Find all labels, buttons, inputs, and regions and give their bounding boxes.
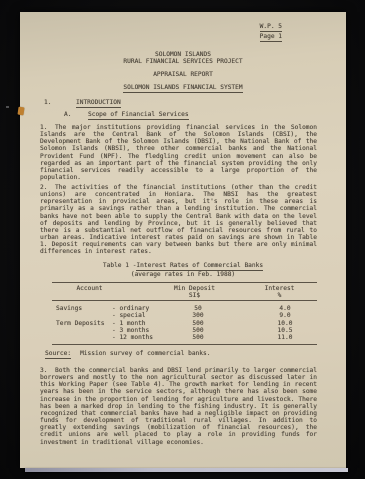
document-masthead: SOLOMON ISLANDS RURAL FINANCIAL SERVICES… <box>20 51 346 93</box>
page-number: Page 1 <box>260 33 282 42</box>
paragraph-2: 2.The activities of the financial instit… <box>40 184 317 256</box>
section-heading: 1.INTRODUCTION <box>44 99 121 106</box>
working-paper-number: W.P. 5 <box>260 23 282 32</box>
project-title: RURAL FINANCIAL SERVICES PROJECT <box>20 58 346 65</box>
interest-rates-table: Account Min Deposit SI$ Interest % Savin… <box>52 282 317 345</box>
table-body: Savings- ordinary504.0 - special3009.0 T… <box>52 301 317 341</box>
subsection-letter: A. <box>64 111 88 118</box>
table-title-prefix: Table 1 - <box>103 262 137 269</box>
paragraph-3: 3.Both the commercial banks and DBSI len… <box>40 367 317 446</box>
table-title-text: Interest Rates of Commercial Banks <box>136 262 263 271</box>
document-title: SOLOMON ISLANDS FINANCIAL SYSTEM <box>20 84 346 93</box>
working-paper-reference: W.P. 5 Page 1 <box>260 23 282 43</box>
section-title: INTRODUCTION <box>76 99 121 108</box>
paragraph-1-text: The major institutions providing financi… <box>40 124 317 181</box>
column-header-account: Account <box>52 285 127 299</box>
source-label: Source: <box>45 350 71 359</box>
table-row: - special3009.0 <box>52 312 317 319</box>
page-stack-edge <box>25 468 348 472</box>
paragraph-1: 1.The major institutions providing finan… <box>40 124 317 181</box>
column-header-interest: Interest % <box>242 285 317 299</box>
orange-tape-fragment <box>17 107 24 116</box>
dust-speck <box>6 106 9 108</box>
report-type: APPRAISAL REPORT <box>20 71 346 78</box>
table-title: Table 1 - Interest Rates of Commercial B… <box>20 262 346 278</box>
section-number: 1. <box>44 99 76 106</box>
table-row: Savings- ordinary504.0 <box>52 305 317 312</box>
column-header-min-deposit: Min Deposit SI$ <box>147 285 242 299</box>
paragraph-2-text: The activities of the financial institut… <box>40 184 317 255</box>
subsection-heading: A.Scope of Financial Services <box>64 111 189 118</box>
paragraph-3-text: Both the commercial banks and DBSI lend … <box>40 367 317 446</box>
table-subtitle: (average rates in Feb. 1988) <box>20 271 346 278</box>
source-note: Source:Mission survey of commercial bank… <box>45 350 210 357</box>
table-header: Account Min Deposit SI$ Interest % <box>52 285 317 301</box>
source-text: Mission survey of commercial banks. <box>80 350 210 357</box>
table-row: - 12 months50011.0 <box>52 334 317 341</box>
table-row: Term Deposits- 1 month50010.0 <box>52 320 317 327</box>
header-spacer <box>127 285 147 299</box>
document-page: W.P. 5 Page 1 SOLOMON ISLANDS RURAL FINA… <box>20 12 346 468</box>
table-row: - 3 months50010.5 <box>52 327 317 334</box>
subsection-title: Scope of Financial Services <box>88 111 189 120</box>
